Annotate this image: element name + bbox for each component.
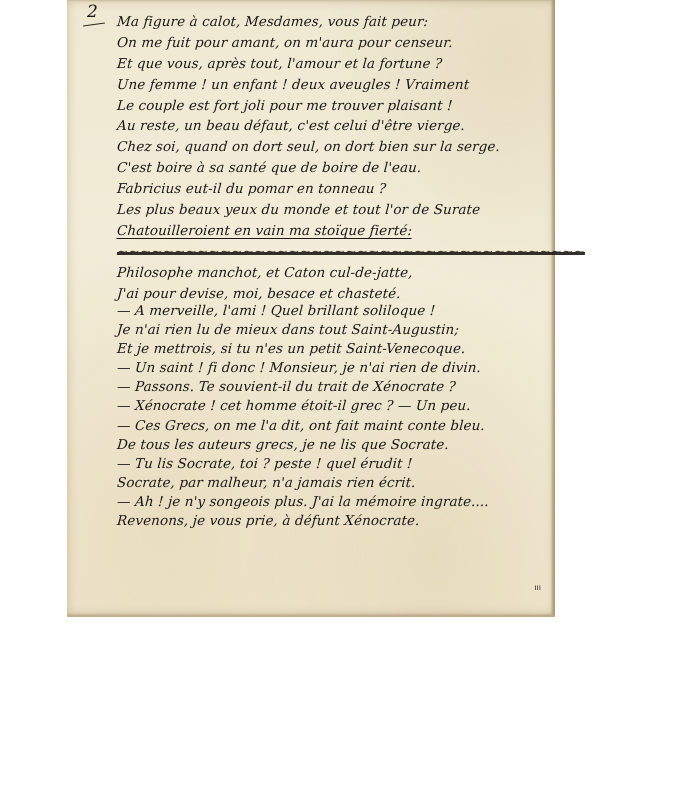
verse-line: — Ah ! je n'y songeois plus. J'ai la mém…: [116, 493, 547, 512]
verse-line: Revenons, je vous prie, à défunt Xénocra…: [116, 512, 547, 531]
crossed-out-text: ~~~~~~~~~~~~~~~~~~~~~~~~~~~~~~~~~~~~~~~~…: [116, 244, 585, 260]
verse-line: Fabricius eut-il du pomar en tonneau ?: [116, 179, 547, 200]
verse-line: Chez soi, quand on dort seul, on dort bi…: [116, 137, 547, 158]
verse-line: Ma figure à calot, Mesdames, vous fait p…: [116, 12, 547, 33]
page-number: 2: [87, 2, 98, 22]
verse-line: — Tu lis Socrate, toi ? peste ! quel éru…: [116, 455, 547, 474]
verse-line: — Un saint ! fi donc ! Monsieur, je n'ai…: [116, 359, 547, 378]
verse-line: — A merveille, l'ami ! Quel brillant sol…: [116, 302, 547, 321]
verse-line: Je n'ai rien lu de mieux dans tout Saint…: [116, 321, 547, 340]
struck-through-line: ~~~~~~~~~~~~~~~~~~~~~~~~~~~~~~~~~~~~~~~~…: [116, 242, 547, 263]
verse-line: Une femme ! un enfant ! deux aveugles ! …: [116, 75, 547, 96]
verse-line: Philosophe manchot, et Caton cul-de-jatt…: [116, 263, 547, 284]
verse-line: — Passons. Te souvient-il du trait de Xé…: [116, 378, 547, 397]
verse-line: Le couple est fort joli pour me trouver …: [116, 96, 547, 117]
verse-line: Au reste, un beau défaut, c'est celui d'…: [116, 116, 547, 137]
verse-line: — Xénocrate ! cet homme étoit-il grec ? …: [116, 397, 547, 416]
verse-line: Et que vous, après tout, l'amour et la f…: [116, 54, 547, 75]
stanza-monologue: Ma figure à calot, Mesdames, vous fait p…: [117, 12, 547, 304]
verse-line: — Ces Grecs, on me l'a dit, ont fait mai…: [116, 417, 547, 436]
verse-line: De tous les auteurs grecs, je ne lis que…: [116, 436, 547, 455]
verse-line: C'est boire à sa santé que de boire de l…: [116, 158, 547, 179]
verse-line: Les plus beaux yeux du monde et tout l'o…: [116, 200, 547, 221]
verse-line-underlined: Chatouilleroient en vain ma stoïque fier…: [116, 221, 547, 242]
verse-line: On me fuit pour amant, on m'aura pour ce…: [116, 33, 547, 54]
manuscript-page: 2 Ma figure à calot, Mesdames, vous fait…: [67, 0, 555, 617]
corner-mark: ııı: [534, 583, 541, 592]
verse-line: Et je mettrois, si tu n'es un petit Sain…: [116, 340, 547, 359]
verse-line: Socrate, par malheur, n'a jamais rien éc…: [116, 474, 547, 493]
stanza-dialogue: — A merveille, l'ami ! Quel brillant sol…: [117, 302, 547, 531]
